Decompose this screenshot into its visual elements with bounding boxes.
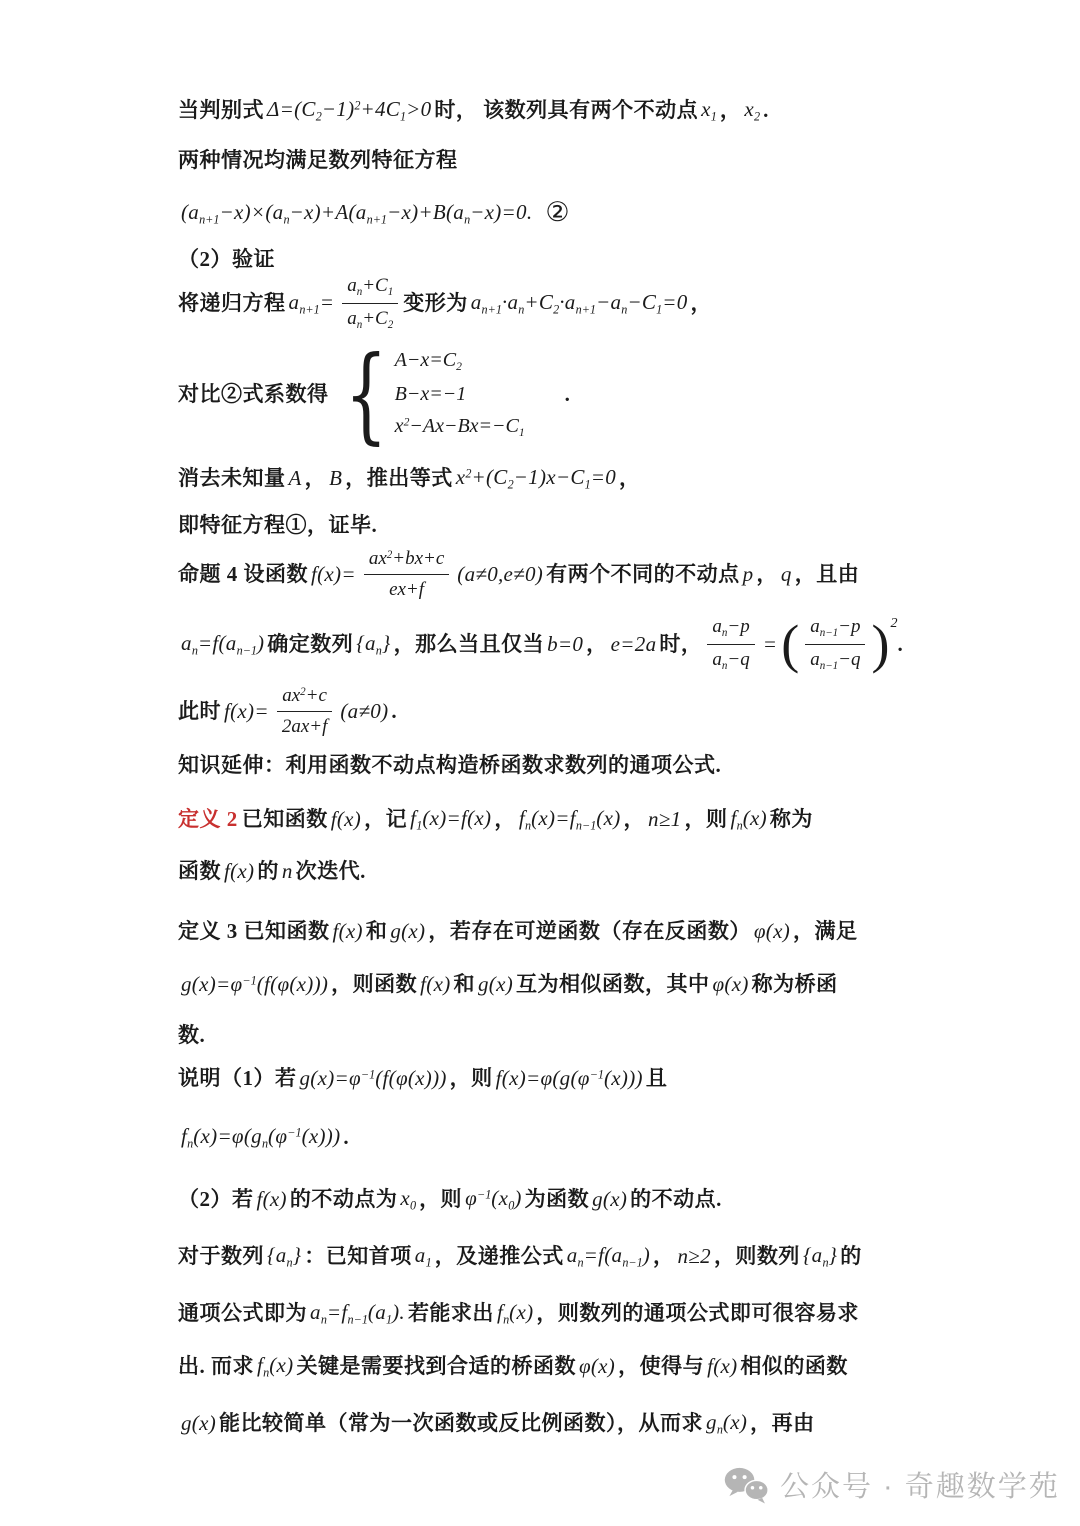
- math-segment: f(x): [704, 1353, 740, 1379]
- text-segment: 的不动点.: [630, 1186, 722, 1212]
- text-segment: ，则: [450, 1065, 493, 1091]
- text-segment: 说明（1）若: [178, 1065, 297, 1091]
- math-segment: fn(x)=φ(gn(φ−1(x))): [178, 1123, 343, 1151]
- fraction-denominator: ex+f: [384, 575, 429, 602]
- big-left-paren: (: [781, 620, 799, 669]
- math-segment: p: [740, 561, 757, 587]
- math-segment: φ(x): [751, 918, 793, 944]
- text-segment: 将递归方程: [178, 290, 286, 316]
- text-segment: 消去未知量: [178, 465, 286, 491]
- math-segment: gn(x): [703, 1409, 750, 1437]
- line-shu-continuation: 数.: [178, 1022, 205, 1048]
- text-segment: 此时: [178, 698, 221, 724]
- text-segment: 相似的函数: [740, 1353, 848, 1379]
- text-segment: 定义 3 已知函数: [178, 918, 330, 944]
- text-segment: 关键是需要找到合适的桥函数: [296, 1353, 576, 1379]
- text-segment: ：已知首项: [304, 1243, 412, 1269]
- text-segment: 时，: [659, 631, 702, 657]
- text-segment: 即特征方程①，证毕.: [178, 512, 377, 538]
- text-segment: ，: [619, 465, 641, 491]
- text-segment: 确定数列: [267, 631, 353, 657]
- line-definition-2: 定义 2 已知函数 f(x) ，记 f1(x)=f(x) ， fn(x)=fn−…: [178, 805, 813, 833]
- text-segment: 互为相似函数，其中: [516, 971, 710, 997]
- line-similar-functions: g(x)=φ−1(f(φ(x))) ，则函数 f(x) 和 g(x) 互为相似函…: [178, 971, 838, 997]
- text-segment: 的不动点为: [290, 1186, 398, 1212]
- wechat-icon: [722, 1465, 770, 1505]
- math-segment: g(x): [475, 971, 516, 997]
- line-note-1: 说明（1）若 g(x)=φ−1(f(φ(x))) ，则 f(x)=φ(g(φ−1…: [178, 1065, 667, 1091]
- math-segment: b=0: [544, 631, 586, 657]
- text-segment: ，则: [684, 806, 727, 832]
- text-segment: ，推出等式: [345, 465, 453, 491]
- math-segment: f(x): [417, 971, 453, 997]
- text-segment: 能比较简单（常为一次函数或反比例函数），从而求: [219, 1410, 703, 1436]
- line-gx-simple: g(x) 能比较简单（常为一次函数或反比例函数），从而求 gn(x) ，再由: [178, 1409, 815, 1437]
- math-segment: x1: [698, 96, 720, 124]
- system-eq-3: x2−Ax−Bx=−C1: [395, 414, 525, 441]
- math-segment: an+1=: [286, 289, 338, 317]
- math-segment: fn(x): [254, 1352, 296, 1380]
- text-segment: 对于数列: [178, 1243, 264, 1269]
- fraction-numerator: ax2+bx+c: [364, 547, 449, 575]
- text-segment: 称为桥函: [752, 971, 838, 997]
- text-segment: ，: [720, 97, 742, 123]
- watermark: 公众号 · 奇趣数学苑: [722, 1464, 1060, 1505]
- math-segment: f(x): [221, 858, 257, 884]
- text-segment: 称为: [770, 806, 813, 832]
- fraction-numerator: an−1−p: [805, 615, 865, 645]
- text-segment: 和: [366, 918, 388, 944]
- fraction: an−1−p an−1−q: [805, 615, 865, 673]
- fraction-numerator: an+C1: [342, 274, 398, 304]
- text-segment: 且: [646, 1065, 668, 1091]
- period: .: [391, 698, 396, 724]
- math-segment: g(x): [387, 918, 428, 944]
- math-segment: f(x)=: [221, 698, 272, 724]
- text-segment: 已知函数: [242, 806, 328, 832]
- circled-2-mark: ②: [545, 196, 569, 230]
- text-segment: 的: [840, 1243, 862, 1269]
- document-page: 当判别式 Δ=(C2−1)2+4C1>0 时， 该数列具有两个不动点 x1 ， …: [0, 0, 1080, 1526]
- text-segment: ，及递推公式: [435, 1243, 564, 1269]
- system-eq-1: A−x=C2: [395, 348, 525, 375]
- fraction-denominator: an−1−q: [805, 645, 865, 674]
- math-segment: g(x): [589, 1186, 630, 1212]
- math-segment: q: [778, 561, 795, 587]
- line-general-term: 通项公式即为 an=fn−1(a1). 若能求出 fn(x) ，则数列的通项公式…: [178, 1299, 859, 1327]
- math-segment: n: [279, 858, 296, 884]
- math-segment: x2: [741, 96, 763, 124]
- math-segment: fn(x): [494, 1299, 536, 1327]
- text-segment: ，: [756, 561, 778, 587]
- line-knowledge-extension: 知识延伸：利用函数不动点构造桥函数求数列的通项公式.: [178, 752, 721, 778]
- line-iff-condition: an=f(an−1) 确定数列 {an} ，那么当且仅当 b=0 ， e=2a …: [178, 615, 903, 673]
- line-definition-3: 定义 3 已知函数 f(x) 和 g(x) ，若存在可逆函数（存在反函数） φ(…: [178, 918, 857, 944]
- text-segment: ，: [624, 806, 646, 832]
- line-n-iteration: 函数 f(x) 的 n 次迭代.: [178, 858, 366, 884]
- text-segment: ，则函数: [331, 971, 417, 997]
- text-segment: （2）若: [178, 1186, 254, 1212]
- math-segment: an+1·an+C2·an+1−an−C1=0: [468, 289, 691, 317]
- math-segment: fn(x)=fn−1(x): [516, 805, 624, 833]
- text-segment: 为函数: [525, 1186, 590, 1212]
- fraction-denominator: 2ax+f: [277, 712, 333, 739]
- text-segment: 有两个不同的不动点: [546, 561, 740, 587]
- math-segment: φ(x): [576, 1353, 618, 1379]
- fraction: ax2+bx+c ex+f: [364, 547, 449, 602]
- line-recursive-equation: 将递归方程 an+1= an+C1 an+C2 变形为 an+1·an+C2·a…: [178, 274, 712, 332]
- math-segment: f(x): [330, 918, 366, 944]
- math-segment: an=fn−1(a1).: [307, 1299, 408, 1327]
- line-coefficient-system: 对比②式系数得 { A−x=C2 B−x=−1 x2−Ax−Bx=−C1 .: [178, 342, 570, 446]
- text-segment: ，则: [419, 1186, 462, 1212]
- text-segment: 函数: [178, 858, 221, 884]
- equation-system: { A−x=C2 B−x=−1 x2−Ax−Bx=−C1: [333, 342, 525, 446]
- math-segment: (a≠0,e≠0): [454, 561, 546, 587]
- math-segment: fn(x): [727, 805, 769, 833]
- line-note-2: （2）若 f(x) 的不动点为 x0 ，则 φ−1(x0) 为函数 g(x) 的…: [178, 1185, 722, 1213]
- text-segment: ，: [653, 1243, 675, 1269]
- text-segment: 出. 而求: [178, 1353, 254, 1379]
- text-segment: 通项公式即为: [178, 1300, 307, 1326]
- math-segment: (a≠0): [337, 698, 391, 724]
- fraction-denominator: an−q: [707, 645, 754, 674]
- math-segment: φ(x): [710, 971, 752, 997]
- line-proposition-4: 命题 4 设函数 f(x)= ax2+bx+c ex+f (a≠0,e≠0) 有…: [178, 547, 859, 602]
- math-segment: g(x)=φ−1(f(φ(x))): [297, 1065, 450, 1091]
- period: .: [897, 631, 902, 657]
- line-bridge-function-key: 出. 而求 fn(x) 关键是需要找到合适的桥函数 φ(x) ，使得与 f(x)…: [178, 1352, 848, 1380]
- math-segment: Δ=(C2−1)2+4C1>0: [264, 96, 434, 124]
- text-segment: ，若存在可逆函数（存在反函数）: [428, 918, 751, 944]
- math-segment: A: [286, 465, 305, 491]
- text-segment: 次迭代.: [296, 858, 366, 884]
- fraction: ax2+c 2ax+f: [277, 684, 333, 739]
- math-segment: f(x)=: [308, 561, 359, 587]
- text-segment: 当判别式: [178, 97, 264, 123]
- line-both-cases: 两种情况均满足数列特征方程: [178, 147, 458, 173]
- text-segment: ，使得与: [618, 1353, 704, 1379]
- text-segment: （2）验证: [178, 246, 275, 272]
- text-segment: ，: [305, 465, 327, 491]
- text-segment: 的: [257, 858, 279, 884]
- system-eq-2: B−x=−1: [395, 382, 525, 407]
- period: .: [565, 381, 570, 407]
- text-segment: 命题 4 设函数: [178, 561, 308, 587]
- text-segment: ，则数列: [714, 1243, 800, 1269]
- math-segment: (an+1−x)×(an−x)+A(an+1−x)+B(an−x)=0.: [178, 199, 535, 227]
- left-brace: {: [344, 342, 387, 446]
- fraction: an+C1 an+C2: [342, 274, 398, 332]
- text-segment: .: [763, 97, 769, 123]
- text-segment: 时， 该数列具有两个不动点: [434, 97, 698, 123]
- math-segment: {an}: [353, 630, 393, 658]
- fraction: an−p an−q: [707, 615, 754, 673]
- math-segment: f(x): [254, 1186, 290, 1212]
- math-segment: {an}: [800, 1242, 840, 1270]
- line-resulting-function: 此时 f(x)= ax2+c 2ax+f (a≠0) .: [178, 684, 397, 739]
- text-segment: ，再由: [750, 1410, 815, 1436]
- definition-2-label: 定义 2: [178, 806, 238, 832]
- text-segment: 对比②式系数得: [178, 381, 329, 407]
- math-segment: g(x): [178, 1410, 219, 1436]
- fraction-denominator: an+C2: [342, 304, 398, 333]
- text-segment: 变形为: [403, 290, 468, 316]
- system-equations: A−x=C2 B−x=−1 x2−Ax−Bx=−C1: [395, 348, 525, 440]
- text-segment: ，: [691, 290, 713, 316]
- math-segment: {an}: [264, 1242, 304, 1270]
- math-segment: f1(x)=f(x): [407, 805, 494, 833]
- line-verify-heading: （2）验证: [178, 246, 275, 272]
- line-sequence-setup: 对于数列 {an} ：已知首项 a1 ，及递推公式 an=f(an−1) ， n…: [178, 1242, 862, 1270]
- text-segment: ，: [494, 806, 516, 832]
- math-segment: =: [760, 631, 780, 657]
- squared-exponent: 2: [890, 615, 897, 633]
- text-segment: ，则数列的通项公式即可很容易求: [536, 1300, 859, 1326]
- math-segment: B: [326, 465, 345, 491]
- fraction-numerator: ax2+c: [277, 684, 332, 712]
- math-segment: an=f(an−1): [178, 630, 267, 658]
- text-segment: 数.: [178, 1022, 205, 1048]
- math-segment: x0: [397, 1185, 419, 1213]
- line-qed: 即特征方程①，证毕.: [178, 512, 377, 538]
- text-segment: ，: [586, 631, 608, 657]
- text-segment: ，那么当且仅当: [394, 631, 545, 657]
- text-segment: 两种情况均满足数列特征方程: [178, 147, 458, 173]
- text-segment: 若能求出: [408, 1300, 494, 1326]
- text-segment: ，且由: [795, 561, 860, 587]
- text-segment: 和: [454, 971, 476, 997]
- math-segment: x2+(C2−1)x−C1=0: [453, 464, 619, 492]
- line-characteristic-equation-2: (an+1−x)×(an−x)+A(an+1−x)+B(an−x)=0. ②: [178, 196, 570, 230]
- math-segment: f(x): [328, 806, 364, 832]
- math-segment: e=2a: [608, 631, 660, 657]
- text-segment: 知识延伸：利用函数不动点构造桥函数求数列的通项公式.: [178, 752, 721, 778]
- math-segment: an=f(an−1): [564, 1242, 653, 1270]
- math-segment: a1: [412, 1242, 435, 1270]
- text-segment: ，满足: [793, 918, 858, 944]
- line-discriminant: 当判别式 Δ=(C2−1)2+4C1>0 时， 该数列具有两个不动点 x1 ， …: [178, 96, 769, 124]
- text-segment: ，记: [364, 806, 407, 832]
- math-segment: f(x)=φ(g(φ−1(x))): [493, 1065, 646, 1091]
- fraction-numerator: an−p: [707, 615, 754, 645]
- watermark-text: 公众号 · 奇趣数学苑: [780, 1464, 1060, 1505]
- line-fn-formula: fn(x)=φ(gn(φ−1(x))) .: [178, 1123, 349, 1151]
- math-segment: n≥2: [675, 1243, 714, 1269]
- math-segment: g(x)=φ−1(f(φ(x))): [178, 971, 331, 997]
- big-right-paren: ): [871, 620, 889, 669]
- line-eliminate-unknowns: 消去未知量 A ， B ，推出等式 x2+(C2−1)x−C1=0 ，: [178, 464, 641, 492]
- math-segment: φ−1(x0): [462, 1185, 525, 1213]
- period: .: [343, 1124, 348, 1150]
- math-segment: n≥1: [645, 806, 684, 832]
